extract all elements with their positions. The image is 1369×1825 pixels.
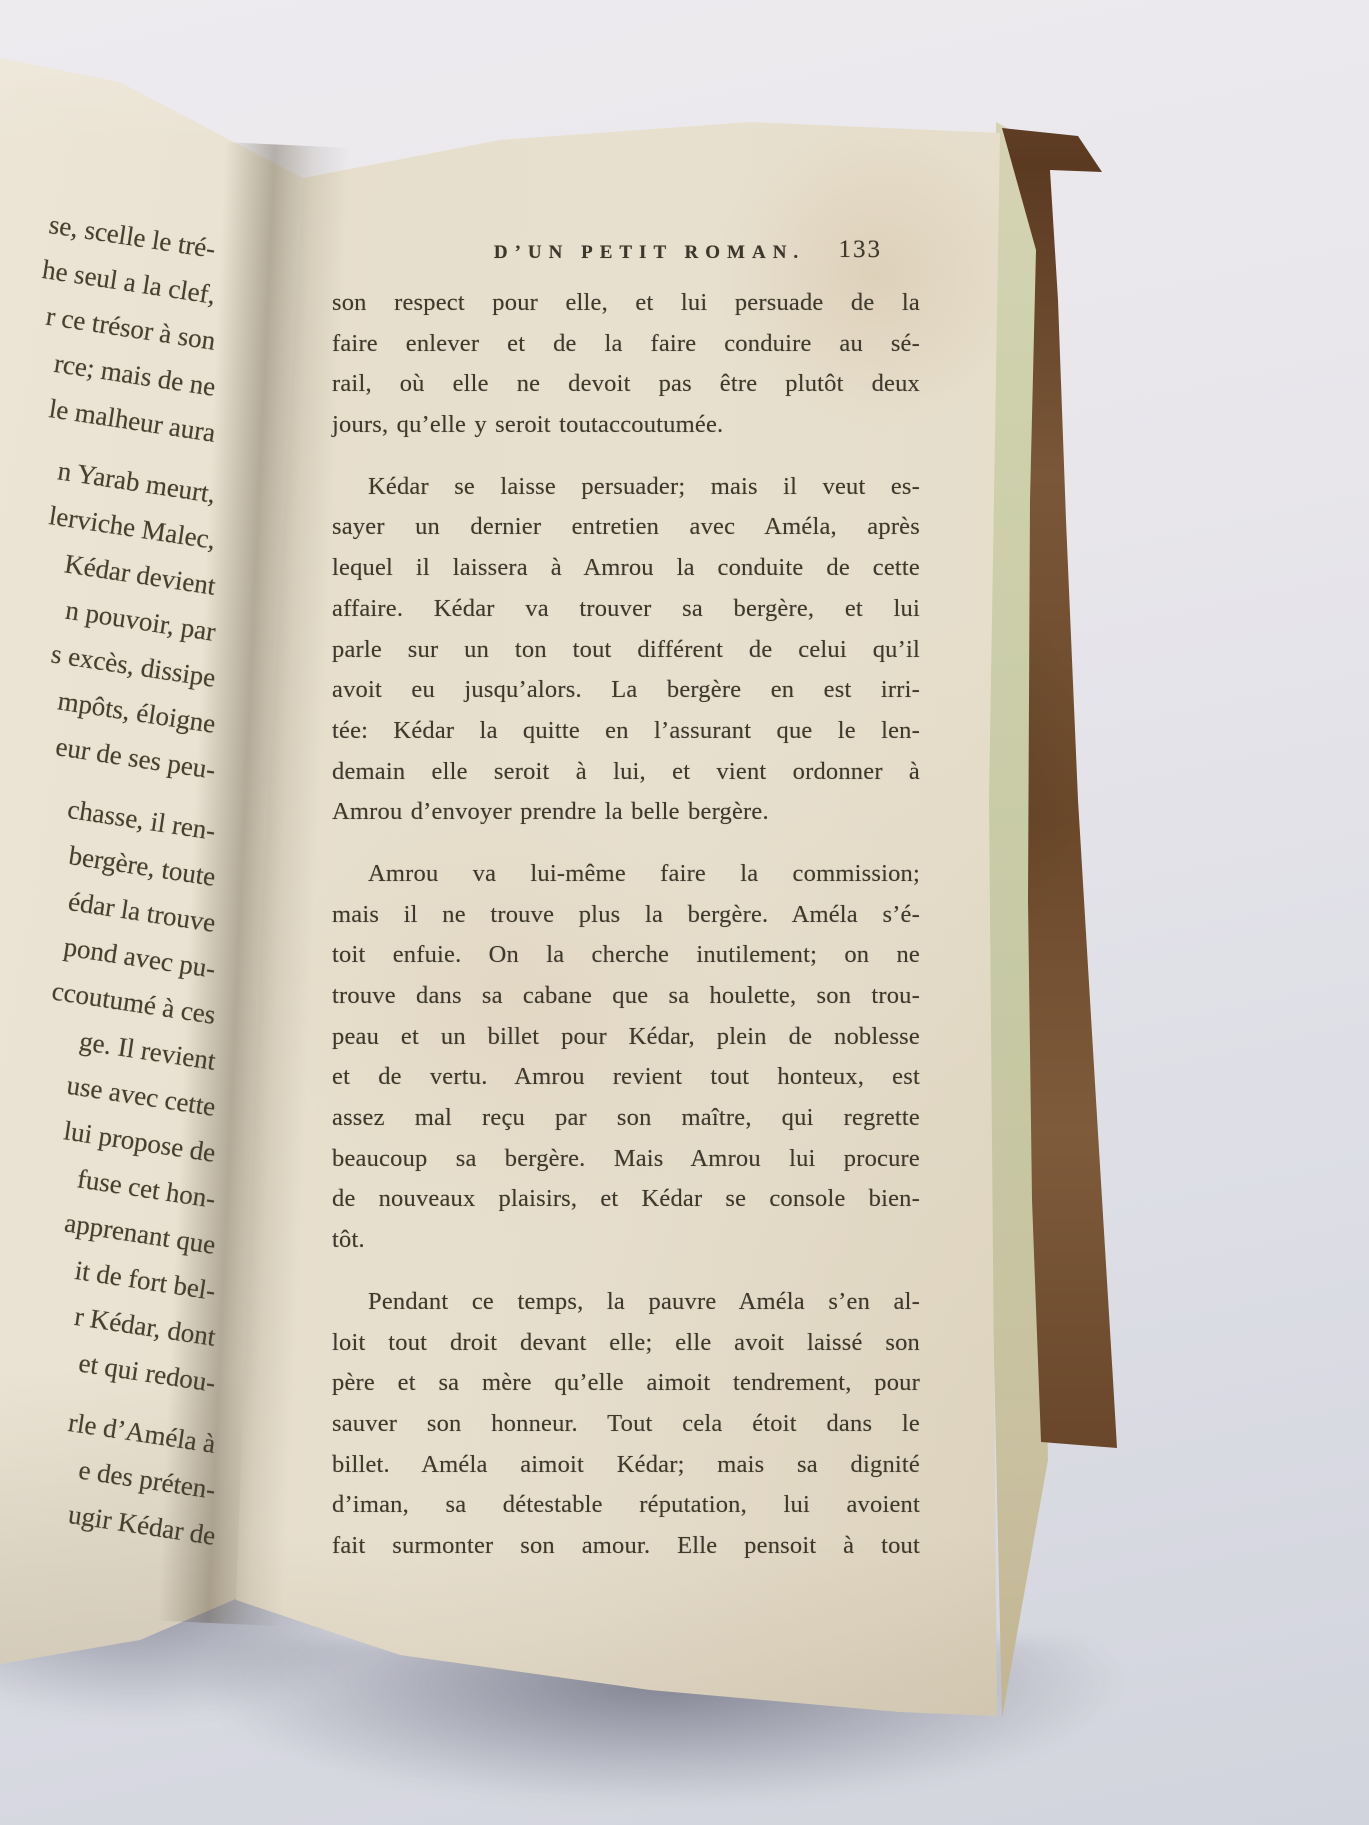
left-page-paragraph: rle d’Améla àe des préten-ugir Kédar de [0,1421,215,1559]
text-line: avoit eu jusqu’alors. La bergère en est … [332,670,920,711]
text-line: sayer un dernier entretien avec Améla, a… [332,507,920,548]
text-line: demain elle seroit à lui, et vient ordon… [332,752,920,793]
text-line: d’iman, sa détestable réputation, lui av… [332,1485,920,1526]
text-line: Pendant ce temps, la pauvre Améla s’en a… [332,1282,920,1323]
text-line: mais il ne trouve plus la bergère. Améla… [332,895,920,936]
text-line: jours, qu’elle y seroit toutaccoutumée. [332,405,920,446]
left-page-paragraph: se, scelle le tré-he seul a la clef,r ce… [0,226,215,456]
text-line: fait surmonter son amour. Elle pensoit à… [332,1526,920,1567]
paragraph: son respect pour elle, et lui persuade d… [332,283,920,446]
text-line: tôt. [332,1220,920,1261]
text-line: de nouveaux plaisirs, et Kédar se consol… [332,1179,920,1220]
text-line: Amrou va lui-même faire la commission; [332,854,920,895]
right-page-content: D’UN PETIT ROMAN. 133 son respect pour e… [332,236,920,1567]
photo-of-open-book: se, scelle le tré-he seul a la clef,r ce… [0,0,1369,1825]
text-line: peau et un billet pour Kédar, plein de n… [332,1017,920,1058]
text-line: sauver son honneur. Tout cela étoit dans… [332,1404,920,1445]
left-page-text: se, scelle le tré-he seul a la clef,r ce… [0,226,215,1559]
text-line: billet. Améla aimoit Kédar; mais sa dign… [332,1445,920,1486]
text-line: toit enfuie. On la cherche inutilement; … [332,935,920,976]
text-line: beaucoup sa bergère. Mais Amrou lui proc… [332,1139,920,1180]
text-line: rail, où elle ne devoit pas être plutôt … [332,364,920,405]
text-line: trouve dans sa cabane que sa houlette, s… [332,976,920,1017]
text-line: lequel il laissera à Amrou la conduite d… [332,548,920,589]
running-header: D’UN PETIT ROMAN. 133 [332,236,920,283]
text-line: affaire. Kédar va trouver sa bergère, et… [332,589,920,630]
page-header-title: D’UN PETIT ROMAN. [494,242,805,264]
left-page-paragraph: n Yarab meurt,lerviche Malec,Kédar devie… [0,471,215,793]
text-line: assez mal reçu par son maître, qui regre… [332,1098,920,1139]
text-line: parle sur un ton tout différent de celui… [332,630,920,671]
paragraph: Pendant ce temps, la pauvre Améla s’en a… [332,1282,920,1567]
paragraph: Kédar se laisse persuader; mais il veut … [332,467,920,833]
page-number: 133 [839,236,883,264]
text-line: et de vertu. Amrou revient tout honteux,… [332,1057,920,1098]
paragraph: Amrou va lui-même faire la commission;ma… [332,854,920,1261]
text-line: Amrou d’envoyer prendre la belle bergère… [332,792,920,833]
text-line: loit tout droit devant elle; elle avoit … [332,1323,920,1364]
text-line: son respect pour elle, et lui persuade d… [332,283,920,324]
left-page-paragraph: chasse, il ren-bergère, touteédar la tro… [0,808,215,1406]
text-line: père et sa mère qu’elle aimoit tendremen… [332,1363,920,1404]
right-page-text: son respect pour elle, et lui persuade d… [332,283,920,1567]
text-line: faire enlever et de la faire conduire au… [332,324,920,365]
text-line: Kédar se laisse persuader; mais il veut … [332,467,920,508]
text-line: tée: Kédar la quitte en l’assurant que l… [332,711,920,752]
